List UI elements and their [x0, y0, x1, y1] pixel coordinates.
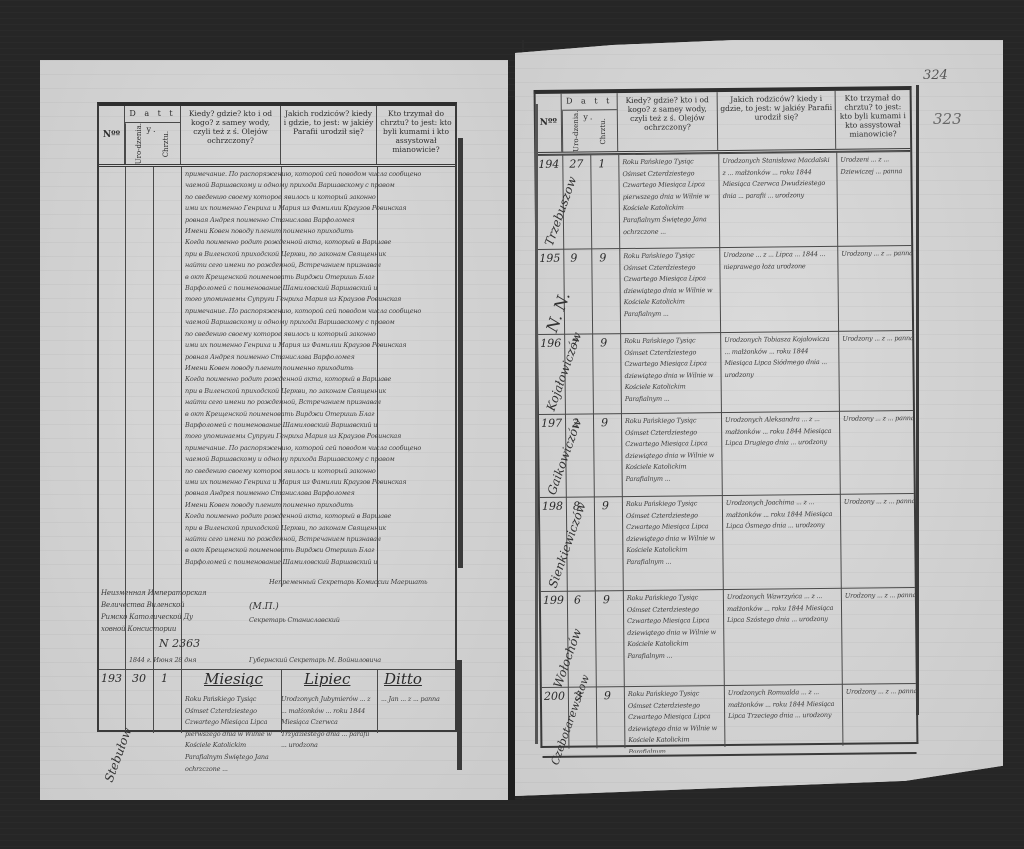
- entry-number: 195: [539, 252, 560, 265]
- entry-text-godparents: Urodzony ... z ... panna: [844, 496, 916, 537]
- birth-day: 6: [574, 594, 581, 607]
- entry-text-when: Roku Pańskiego Tysiąc Ośmset Czterdziest…: [622, 156, 717, 245]
- table-row: 199 6 9 Wołochów Roku Pańskiego Tysiąc O…: [541, 587, 916, 688]
- col-header-parents: Jakich rodziców? kiedy i gdzie, to jest:…: [281, 106, 377, 164]
- entry-text-godparents: Urodzony ... z ... panna: [841, 248, 914, 299]
- col-header-birth: Uro-dzenia.: [125, 123, 153, 164]
- entry-text-godparents: Urodzeni ... z ... Dziewiczej ... panna: [840, 154, 913, 215]
- entry-number: 194: [538, 158, 559, 171]
- left-table-body: примечание. По распоряжению, которой сей…: [99, 167, 455, 733]
- entry-text-parents: Urodzonych Romualda ... z ... małżonków …: [728, 687, 841, 738]
- godparents-heading: Ditto: [384, 670, 422, 688]
- document-number: N 2363: [159, 637, 200, 650]
- col-header-number: Nºº: [99, 106, 125, 164]
- baptism-day: 9: [600, 336, 607, 349]
- col-header-when: Kiedy? gdzie? kto i od kogo? z samey wod…: [181, 106, 281, 164]
- table-row: 196 7 9 Kojałowiczów Roku Pańskiego Tysi…: [538, 330, 913, 415]
- entry-text-godparents: Urodzony ... z ... panna: [843, 413, 915, 454]
- entry-number: 196: [540, 337, 561, 350]
- col-header-datty: D a t t y. Uro-dzenia. Chrztu.: [125, 106, 181, 164]
- folio-number-ink: 324: [923, 68, 948, 83]
- entry-number: 193: [101, 672, 122, 685]
- table-row: 193 30 1 Stebułow Miesiąc Lipiec Ditto R…: [99, 669, 455, 798]
- baptism-day: 9: [602, 499, 609, 512]
- col-header-datty: D a t t y. Uro-dzenia. Chrztu.: [562, 93, 619, 152]
- month-heading: Miesiąc: [204, 670, 263, 688]
- entry-number: 198: [542, 500, 563, 513]
- entry-text-parents: Urodzone ... z ... Lipca ... 1844 ... ni…: [723, 249, 836, 320]
- entry-text-when: Roku Pańskiego Tysiąc Ośmset Czterdziest…: [185, 694, 277, 794]
- table-row: 198 8 9 Sienkiewiczów Roku Pańskiego Tys…: [540, 493, 915, 592]
- entry-text-when: Roku Pańskiego Tysiąc Ośmset Czterdziest…: [628, 688, 723, 753]
- baptism-day: 9: [604, 689, 611, 702]
- baptism-day: 9: [603, 593, 610, 606]
- entry-text-when: Roku Pańskiego Tysiąc Ośmset Czterdziest…: [624, 335, 719, 410]
- table-row: 195 9 9 N. N. Roku Pańskiego Tysiąc Ośms…: [537, 245, 912, 335]
- col-header-baptism: Chrztu.: [153, 123, 180, 164]
- baptism-day: 1: [598, 157, 605, 170]
- secretary-signature: Секретарь Станиславский: [249, 615, 379, 627]
- entry-number: 200: [544, 690, 565, 703]
- col-header-godparents: Kto trzymał do chrztu? to jest: kto byli…: [377, 106, 455, 164]
- baptism-day: 9: [601, 416, 608, 429]
- date-line: 1844 г. Июня 28 дня: [129, 655, 239, 667]
- entry-text-parents: Urodzonych Aleksandra ... z ... małżonkó…: [725, 414, 838, 475]
- left-page: Nºº D a t t y. Uro-dzenia. Chrztu. Kiedy…: [40, 60, 508, 800]
- col-header-parents: Jakich rodziców? kiedy i gdzie, to jest:…: [718, 91, 837, 150]
- entry-text-godparents: Urodzony ... z ... panna: [842, 333, 915, 384]
- entry-text-parents: Urodzonych Wawrzyńca ... z ... małżonków…: [727, 591, 840, 652]
- baptism-day: 1: [161, 672, 168, 685]
- right-page: 324 323 Nºº D a t t y. Uro-dzenia. Chrzt…: [515, 40, 1003, 796]
- entry-text-when: Roku Pańskiego Tysiąc Ośmset Czterdziest…: [623, 250, 718, 329]
- table-row: 194 27 1 Trzebuszow Roku Pańskiego Tysią…: [536, 151, 911, 250]
- birth-day: 30: [132, 672, 146, 685]
- right-register-table: Nºº D a t t y. Uro-dzenia. Chrztu. Kiedy…: [534, 86, 919, 748]
- folio-number-pencil: 323: [933, 110, 962, 128]
- col-header-when: Kiedy? gdzie? kto i od kogo? z samey wod…: [618, 92, 719, 151]
- entry-text-when: Roku Pańskiego Tysiąc Ośmset Czterdziest…: [625, 415, 720, 494]
- cyrillic-closing: Непременный Секретарь Комиссии Маершать: [269, 577, 459, 589]
- left-register-table: Nºº D a t t y. Uro-dzenia. Chrztu. Kiedy…: [97, 102, 457, 732]
- surname-margin: Sienkiewiczów: [546, 500, 589, 589]
- entry-text-godparents: Urodzony ... z ... panna: [845, 590, 918, 641]
- table-row: 200 3 9 Czebotarewskow Roku Pańskiego Ty…: [542, 683, 917, 758]
- cyrillic-note: примечание. По распоряжению, которой сей…: [185, 169, 453, 577]
- entry-text-parents: Urodzonych Joachima ... z ... małżonków …: [726, 497, 839, 558]
- entry-text-parents: Urodzonych Jubymierów ... z ... małżonkó…: [281, 694, 373, 774]
- left-table-header: Nºº D a t t y. Uro-dzenia. Chrztu. Kiedy…: [99, 106, 455, 167]
- surname-margin: N. N.: [542, 290, 574, 335]
- birth-day: 27: [569, 157, 583, 170]
- surname-margin: Czebotarewskow: [548, 673, 592, 767]
- surname-margin: Trzebuszow: [542, 175, 579, 248]
- baptism-day: 9: [599, 251, 606, 264]
- right-table-header: Nºº D a t t y. Uro-dzenia. Chrztu. Kiedy…: [536, 90, 911, 155]
- col-header-birth: Uro-dzenia.: [562, 110, 590, 152]
- seal-mark: (М.П.): [249, 602, 279, 612]
- birth-day: 9: [570, 252, 577, 265]
- entry-text-parents: Urodzonych Stanisława Macdalski z ... ma…: [722, 155, 835, 236]
- col-header-baptism: Chrztu.: [590, 110, 617, 152]
- entry-text-godparents: ... Jan ... z ... panna: [381, 694, 455, 744]
- entry-text-godparents: Urodzony ... z ... panna: [846, 686, 918, 717]
- surname-margin: Stebułow: [102, 726, 135, 784]
- table-row: 197 2 9 Gaikowiczów Roku Pańskiego Tysią…: [539, 410, 914, 498]
- entry-number: 197: [541, 417, 562, 430]
- entry-number: 199: [543, 594, 564, 607]
- col-header-godparents: Kto trzymał do chrztu? to jest: kto byli…: [836, 90, 911, 149]
- col-header-number: Nºº: [536, 94, 563, 152]
- parents-heading: Lipiec: [304, 670, 350, 688]
- right-table-body: 194 27 1 Trzebuszow Roku Pańskiego Tysią…: [536, 151, 916, 749]
- entry-text-when: Roku Pańskiego Tysiąc Ośmset Czterdziest…: [627, 592, 722, 683]
- entry-text-when: Roku Pańskiego Tysiąc Ośmset Czterdziest…: [626, 498, 721, 587]
- entry-text-parents: Urodzonych Tobiasza Kojałowicza ... małż…: [724, 334, 837, 405]
- official-signature-line: Губернский Секретарь М. Войниловича: [249, 655, 459, 667]
- consistory-block: Неизменная Императорская Величества Виле…: [101, 587, 231, 635]
